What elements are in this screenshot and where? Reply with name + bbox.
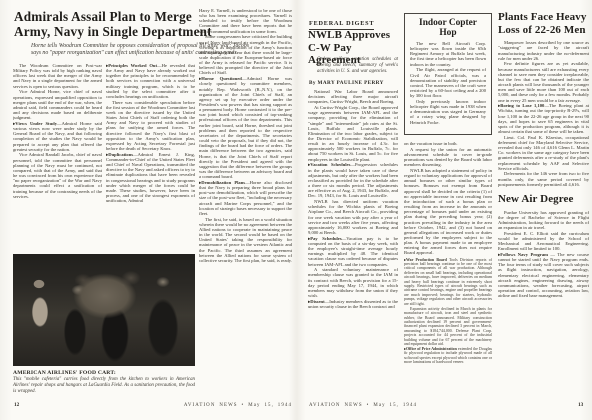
paragraph: ▸Principles Worked Out—He revealed that … (106, 63, 195, 99)
magazine-spread: Admirals Assail Plan to Merge Army, Navy… (0, 0, 592, 420)
paragraph-text: Tools Division reports of precision ball… (404, 258, 492, 306)
paragraph-text: —He revealed that the Army and Navy have… (106, 63, 195, 99)
paragraph: Vice Admiral Horne, vice chief of naval … (13, 89, 102, 120)
paragraph: ▸Boeing to Lose 1,100—The Boeing plant a… (498, 103, 589, 134)
box-body: The new Bell Aircraft Corp. helicopter w… (410, 41, 486, 125)
paragraph-text: —Admiral Ernest J. King, Commander-in-Ch… (106, 152, 195, 203)
paragraph: Harry E. Yarnell, is understood to be on… (199, 8, 292, 34)
paragraph-text: —Admiral Horne was closely questioned by… (199, 76, 292, 179)
paragraph: A standard voluntary maintenance of memb… (308, 267, 398, 298)
photo-caption: AMERICAN AIRLINES' FOOD CART: This "mobi… (13, 370, 195, 394)
paragraph: Manpower losses described by one source … (498, 40, 589, 61)
food-cart-photo (13, 254, 195, 366)
paragraph: NWLB has directed uniform vacation sched… (308, 199, 398, 235)
paragraph: ▸Demobilization Plans—Horne also disclos… (199, 180, 292, 216)
paragraph: ▸War Production Board Tools Division rep… (404, 258, 492, 306)
right-column-3: Plants Face Heavy Loss of 22-26 Men Manp… (498, 11, 589, 400)
left-footer: AVIATION NEWS • May 15, 1944 (160, 403, 292, 408)
paragraph: Purdue University has approved granting … (498, 210, 589, 231)
paragraph: Lieut. Col. Paul K. Klaesius, occupation… (498, 135, 589, 171)
paragraph-text: —Progression schedules in the plants wou… (308, 162, 398, 198)
plants-headline: Plants Face Heavy Loss of 22-26 Men (498, 11, 589, 36)
left-page-number: 12 (14, 402, 19, 408)
headline-line-1: Plants Face Heavy (498, 11, 589, 24)
paragraph: The new Bell Aircraft Corp. helicopter w… (410, 41, 486, 67)
paragraph: The first, he said, is based on a world … (199, 217, 292, 263)
box-title: Indoor Copter Hop (410, 18, 486, 38)
headline-line-1: NWLB Approves (308, 29, 404, 42)
paragraph: Expansion activity declined in March in … (404, 307, 492, 347)
paragraph: NWLB has adopted a statement of policy i… (404, 168, 492, 256)
paragraph: ▸Pay Schedules—Vacation pay is to be com… (308, 236, 398, 267)
paragraph: ▸Duplications—Admiral Ernest J. King, Co… (106, 152, 195, 204)
byline: By MARY PAULINE PERRY (309, 80, 384, 86)
paragraph: National War Labor Board announced decis… (308, 89, 398, 104)
paragraph: ▸Follows Navy Program — The new course c… (498, 252, 589, 298)
left-column-3: Harry E. Yarnell, is understood to be on… (199, 8, 292, 398)
paragraph: on the vacation issue in both. (404, 141, 492, 146)
left-column-1: The Woodrum Committee on Post-war Milita… (13, 63, 102, 246)
indoor-copter-hop-box: Indoor Copter Hop The new Bell Aircraft … (404, 13, 492, 135)
federal-digest-label: FEDERAL DIGEST (309, 12, 374, 30)
paragraph: The Woodrum Committee on Post-war Milita… (13, 63, 102, 89)
paragraph: ▸Vacation Schedules—Progression schedule… (308, 162, 398, 198)
paragraph: ▸Dissent—Industry members dissented as t… (308, 299, 398, 309)
paragraph: Vice Admiral Randall Jacobs, chief of na… (13, 152, 102, 198)
right-page-number: 13 (578, 402, 583, 408)
paragraph-text: —Admiral Horne said various views now we… (13, 121, 102, 152)
paragraph: Few definite figures are as yet availabl… (498, 61, 589, 102)
right-column-2: on the vacation issue in both. A request… (404, 141, 492, 398)
paragraph-text: —Horne also disclosed that the Navy is p… (199, 180, 292, 216)
paragraph: Only previously known indoor helicopter … (410, 99, 486, 125)
paragraph-lead: ▸Office of Price Administration (404, 347, 457, 351)
paragraph: President E. C. Elliott said the curricu… (498, 231, 589, 252)
new-air-degree-headline: New Air Degree (498, 193, 589, 206)
photo-caption-title: AMERICAN AIRLINES' FOOD CART: (13, 370, 195, 376)
paragraph: The flight, arranged at the request of C… (410, 67, 486, 98)
paragraph-text: — The new course cannot be started until… (498, 252, 589, 298)
headline-line-2: Loss of 22-26 Men (498, 24, 589, 37)
paragraph: A request by the union for an automatic … (404, 147, 492, 168)
photo-caption-body: This "mobile cafeteria" carries food dir… (13, 377, 195, 394)
paragraph: Deferments for the 146 were from two to … (498, 171, 589, 186)
paragraph: ▸Office of Price Administration extended… (404, 347, 492, 365)
paragraph: At Curtiss-Wright Corp., the Board appro… (308, 105, 398, 162)
paragraph-text: —Vacation pay is to be computed on the b… (308, 236, 398, 267)
left-column-2: ▸Principles Worked Out—He revealed that … (106, 63, 195, 253)
paragraph-lead: ▸War Production Board (404, 258, 447, 262)
paragraph: ▸Views Under Study—Admiral Horne said va… (13, 121, 102, 152)
nwlb-deck: Orders uniform vacation schedules at Boe… (317, 57, 398, 75)
paragraph-text: —The Boeing plant at Wichita, turning ou… (498, 103, 589, 134)
right-footer: AVIATION NEWS • May 15, 1944 (309, 403, 417, 408)
paragraph: There was considerable speculation befor… (106, 100, 195, 152)
paragraph: Some congressmen have criticized the bui… (199, 34, 292, 75)
paragraph: ▸Horne Questioned—Admiral Horne was clos… (199, 76, 292, 179)
right-column-1: National War Labor Board announced decis… (308, 89, 398, 399)
